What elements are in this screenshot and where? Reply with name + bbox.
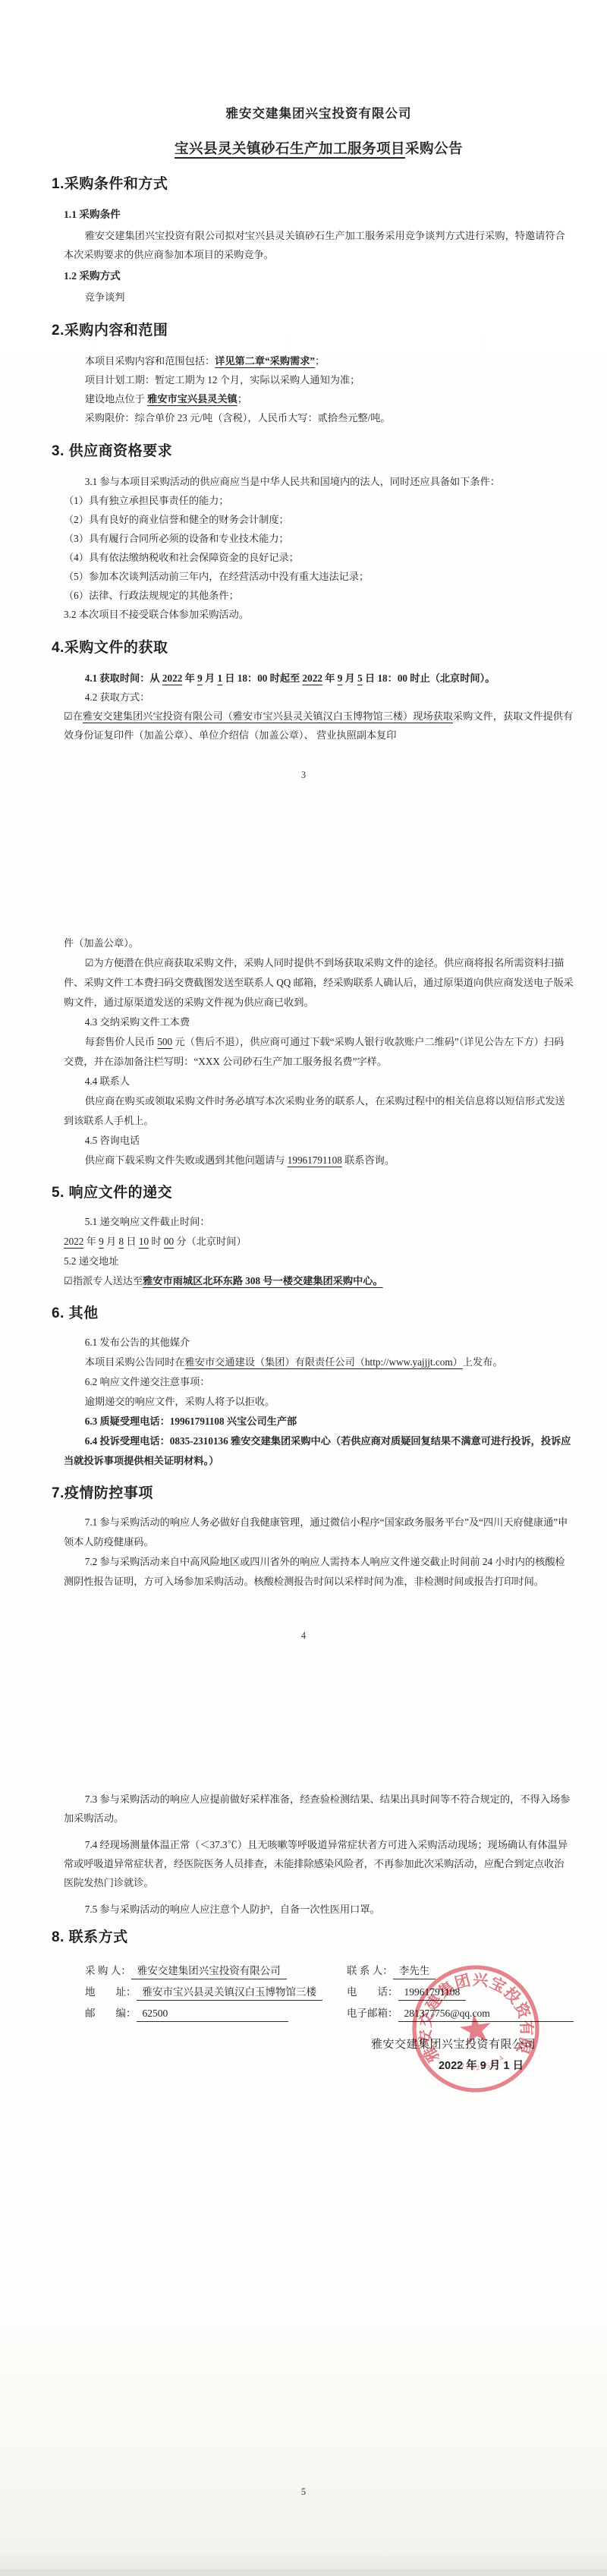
text-run: 7.4 经现场测量体温正常（＜37.3℃）且无咳嗽等呼吸道异常症状者方可进入采购… — [64, 1839, 568, 1888]
paragraph: 6.3 质疑受理电话：19961791108 兴宝公司生产部 — [64, 1412, 574, 1431]
text-run: 详见第二章“采购需求” — [215, 355, 315, 367]
text-run: 5.2 递交地址 — [64, 1255, 119, 1267]
paragraph: 2022 年 9 月 8 日 10 时 00 分（北京时间） — [64, 1232, 574, 1252]
text-run: 建设地点位于 — [85, 393, 147, 405]
text-run: ； — [237, 393, 247, 405]
text-run: 2022 — [64, 1236, 83, 1247]
text-run: 4.1 获取时间：从 — [85, 672, 162, 684]
checked-checkbox-icon: ☑ — [85, 957, 94, 968]
text-run: 6.4 投诉受理电话：0835-2310136 雅安交建集团采购中心（若供应商对… — [64, 1435, 571, 1466]
text-run: 8. 联系方式 — [52, 1929, 128, 1945]
paragraph: 6.4 投诉受理电话：0835-2310136 雅安交建集团采购中心（若供应商对… — [64, 1431, 574, 1471]
text-run: 3.1 参与本项目采购活动的供应商应当是中华人民共和国境内的法人，同时还应具备如… — [85, 476, 500, 487]
paragraph: 供应商在购买或领取采购文件时务必填写本次采购业务的联系人，在采购过程中的相关信息… — [64, 1091, 574, 1131]
text-run: 供应商下载采购文件失败或遇到其他问题请与 — [85, 1154, 288, 1166]
text-run: 在 — [73, 710, 83, 722]
scanned-document: 雅安交建集团兴宝投资有限公司 宝兴县灵关镇砂石生产加工服务项目采购公告 1.采购… — [0, 0, 607, 2576]
text-run: 5 — [357, 672, 363, 684]
paragraph: 5.1 递交响应文件截止时间： — [64, 1212, 574, 1232]
text-run: 7.2 参与采购活动来自中高风险地区或四川省外的响应人需持本人响应文件递交截止时… — [64, 1556, 565, 1587]
text-run: 件（加盖公章）。 — [64, 937, 139, 949]
text-run: 4.2 获取方式： — [85, 691, 150, 703]
text-run: 雅安市交通建设（集团）有限责任公司（http://www.yajjjt.com） — [185, 1356, 463, 1368]
text-run: 9 — [197, 672, 203, 684]
section-heading: 8. 联系方式 — [52, 1926, 574, 1949]
text-run: 7.5 参与采购活动的响应人应注意个人防护，自备一次性医用口罩。 — [85, 1904, 380, 1915]
text-run: 雅安市宝兴县灵关镇 — [147, 393, 237, 405]
paragraph: 7.2 参与采购活动来自中高风险地区或四川省外的响应人需持本人响应文件递交截止时… — [64, 1552, 574, 1592]
paragraph: 7.3 参与采购活动的响应人应提前做好采样准备，经查验检测结果、结果出具时间等不… — [64, 1790, 574, 1828]
email-label: 电子邮箱： — [347, 2005, 398, 2022]
text-run: 年 — [322, 672, 338, 684]
text-run: 7.疫情防控事项 — [52, 1485, 153, 1501]
text-run: 2.采购内容和范围 — [52, 323, 168, 339]
section-heading: 4.采购文件的获取 — [52, 637, 574, 660]
address-value: 雅安市宝兴县灵关镇汉白玉博物馆三楼 — [137, 1984, 323, 2001]
page-3-body: 7.3 参与采购活动的响应人应提前做好采样准备，经查验检测结果、结果出具时间等不… — [64, 1790, 574, 1949]
text-run: 雅安市雨城区北环东路 308 号一楼交建集团采购中心。 — [143, 1275, 383, 1286]
text-run: 500 — [157, 1036, 172, 1047]
paragraph: 6.1 发布公告的其他媒介 — [64, 1333, 574, 1353]
paragraph: 7.1 参与采购活动的响应人务必做好自我健康管理，通过微信小程序“国家政务服务平… — [64, 1513, 574, 1552]
paragraph: 5.2 递交地址 — [64, 1252, 574, 1271]
text-run: 月 — [203, 672, 218, 684]
text-run: 日 18：00 时起至 — [222, 672, 303, 684]
text-run: 1.采购条件和方式 — [52, 176, 168, 192]
paragraph: 件（加盖公章）。 — [64, 934, 574, 953]
text-run: 4.3 交纳采购文件工本费 — [85, 1016, 190, 1028]
text-run: 4.采购文件的获取 — [52, 640, 168, 656]
text-run: 月 — [104, 1236, 119, 1247]
text-run: 3.2 本次项目不接受联合体参加采购活动。 — [64, 609, 249, 620]
document-page-2: 件（加盖公章）。☑为方便潜在供应商获取采购文件，采购人同时提供不到场获取采购文件… — [0, 924, 607, 1778]
paragraph: （3）具有履行合同所必须的设备和专业技术能力； — [64, 529, 574, 548]
page-2-body: 件（加盖公章）。☑为方便潜在供应商获取采购文件，采购人同时提供不到场获取采购文件… — [64, 934, 574, 1592]
section-heading: 2.采购内容和范围 — [52, 320, 574, 342]
text-run: ； — [315, 355, 325, 367]
paragraph: 4.2 获取方式： — [64, 688, 574, 707]
purchaser-value: 雅安交建集团兴宝投资有限公司 — [131, 1963, 287, 1979]
paragraph: 4.3 交纳采购文件工本费 — [64, 1012, 574, 1032]
announcement-title-suffix: 采购公告 — [405, 142, 463, 157]
paragraph: （5）参加本次谈判活动前三年内，在经营活动中没有重大违法记录； — [64, 567, 574, 586]
text-run: 4.4 联系人 — [85, 1075, 130, 1087]
sub-heading: 1.1 采购条件 — [64, 205, 574, 224]
section-heading: 5. 响应文件的递交 — [52, 1183, 574, 1203]
text-run: 1.1 采购条件 — [64, 209, 121, 220]
paragraph: 3.1 参与本项目采购活动的供应商应当是中华人民共和国境内的法人，同时还应具备如… — [64, 472, 574, 491]
project-name: 宝兴县灵关镇砂石生产加工服务项目 — [175, 142, 405, 157]
text-run: 本项目采购公告同时在 — [85, 1356, 185, 1368]
section-heading: 1.采购条件和方式 — [52, 173, 574, 196]
paragraph: 采购限价：综合单价 23 元/吨（含税），人民币大写：贰拾叁元整/吨。 — [64, 408, 574, 427]
text-run: 5. 响应文件的递交 — [52, 1185, 172, 1201]
text-run: 供应商在购买或领取采购文件时务必填写本次采购业务的联系人，在采购过程中的相关信息… — [64, 1095, 565, 1126]
text-run: （2）具有良好的商业信誉和健全的财务会计制度； — [64, 514, 289, 525]
text-run: 7.1 参与采购活动的响应人务必做好自我健康管理，通过微信小程序“国家政务服务平… — [64, 1516, 568, 1548]
text-run: 日 — [124, 1236, 139, 1247]
text-run: 上发布。 — [463, 1356, 503, 1368]
text-run: 年 — [182, 672, 197, 684]
paragraph: 7.5 参与采购活动的响应人应注意个人防护，自备一次性医用口罩。 — [64, 1900, 574, 1919]
paragraph: 项目计划工期：暂定工期为 12 个月，实际以采购人通知为准； — [64, 370, 574, 389]
page-1-body: 1.采购条件和方式1.1 采购条件雅安交建集团兴宝投资有限公司拟对宝兴县灵关镇砂… — [64, 173, 574, 745]
address-label: 地 址： — [85, 1984, 137, 2001]
star-icon: ★ — [454, 2004, 497, 2055]
text-run: 采购限价：综合单价 23 元/吨（含税），人民币大写：贰拾叁元整/吨。 — [85, 412, 391, 424]
paragraph: 本项目采购内容和范围包括：详见第二章“采购需求”； — [64, 351, 574, 370]
section-heading: 7.疫情防控事项 — [52, 1484, 574, 1504]
paragraph: 逾期递交的响应文件，采购人将予以拒收。 — [64, 1392, 574, 1412]
text-run: 指派专人送达至 — [73, 1275, 143, 1286]
text-run: 19961791108 — [288, 1154, 342, 1166]
text-run: 分（北京时间） — [174, 1236, 247, 1247]
paragraph: （1）具有独立承担民事责任的能力； — [64, 491, 574, 510]
document-page-3: 7.3 参与采购活动的响应人应提前做好采样准备，经查验检测结果、结果出具时间等不… — [0, 1770, 607, 2576]
announcement-title: 宝兴县灵关镇砂石生产加工服务项目采购公告 — [64, 139, 574, 160]
text-run: 6.3 质疑受理电话：19961791108 兴宝公司生产部 — [85, 1416, 297, 1427]
paragraph: 4.4 联系人 — [64, 1072, 574, 1091]
text-run: 项目计划工期：暂定工期为 12 个月，实际以采购人通知为准； — [85, 374, 360, 386]
paragraph: （2）具有良好的商业信誉和健全的财务会计制度； — [64, 510, 574, 529]
text-run: 10 — [139, 1236, 149, 1247]
zip-value: 62500 — [137, 2005, 288, 2022]
paragraph: ☑为方便潜在供应商获取采购文件，采购人同时提供不到场获取采购文件的途径。供应商将… — [64, 953, 574, 1012]
text-run: 2022 — [303, 672, 322, 684]
text-run: 1.2 采购方式 — [64, 270, 121, 282]
paragraph: 雅安交建集团兴宝投资有限公司拟对宝兴县灵关镇砂石生产加工服务采用竞争谈判方式进行… — [64, 226, 574, 264]
paragraph: ☑指派专人送达至雅安市雨城区北环东路 308 号一楼交建集团采购中心。 — [64, 1271, 574, 1291]
scan-bottom-edge — [0, 2568, 607, 2576]
paragraph: 6.2 响应文件递交注意事项： — [64, 1372, 574, 1392]
text-run: 竞争谈判 — [85, 291, 125, 303]
text-run: 时 — [149, 1236, 164, 1247]
text-run: 雅安交建集团兴宝投资有限公司（雅安市宝兴县灵关镇汉白玉博物馆三楼）现场获取 — [83, 710, 453, 722]
paragraph: 竞争谈判 — [64, 288, 574, 307]
sub-heading: 1.2 采购方式 — [64, 266, 574, 285]
text-run: 为方便潜在供应商获取采购文件，采购人同时提供不到场获取采购文件的途径。供应商将报… — [64, 957, 574, 1008]
text-run: 联系咨询。 — [342, 1154, 395, 1166]
paragraph: 建设地点位于 雅安市宝兴县灵关镇； — [64, 389, 574, 408]
contact-person-label: 联 系 人： — [347, 1963, 393, 1979]
paragraph: 本项目采购公告同时在雅安市交通建设（集团）有限责任公司（http://www.y… — [64, 1353, 574, 1372]
section-heading: 3. 供应商资格要求 — [52, 440, 574, 463]
document-page-1: 雅安交建集团兴宝投资有限公司 宝兴县灵关镇砂石生产加工服务项目采购公告 1.采购… — [0, 0, 607, 783]
page-number-4: 4 — [0, 1630, 607, 1642]
paragraph: 每套售价人民币 500 元（售后不退），供应商可通过下载“采购人银行收款账户二维… — [64, 1032, 574, 1072]
text-run: 本项目采购内容和范围包括： — [85, 355, 215, 367]
text-run: 9 — [99, 1236, 104, 1247]
paragraph: 3.2 本次项目不接受联合体参加采购活动。 — [64, 605, 574, 624]
text-run: 00 — [164, 1236, 174, 1247]
text-run: 日 18：00 时止（北京时间）。 — [363, 672, 495, 684]
text-run: 雅安交建集团兴宝投资有限公司拟对宝兴县灵关镇砂石生产加工服务采用竞争谈判方式进行… — [64, 230, 565, 260]
page-number-5: 5 — [0, 2486, 607, 2498]
purchaser-label: 采 购 人： — [85, 1963, 131, 1979]
company-seal-stamp: ★ 雅安交建集团兴宝投资有限公司 5118275014388 — [399, 1952, 552, 2105]
checked-checkbox-icon: ☑ — [64, 710, 73, 722]
paragraph: （6）法律、行政法规规定的其他条件； — [64, 586, 574, 605]
text-run: 6. 其他 — [52, 1305, 99, 1321]
text-run: （6）法律、行政法规规定的其他条件； — [64, 590, 239, 601]
text-run: （3）具有履行合同所必须的设备和专业技术能力； — [64, 533, 289, 544]
page-number-3: 3 — [0, 770, 607, 781]
paragraph: （4）具有依法缴纳税收和社会保障资金的良好记录； — [64, 548, 574, 567]
text-run: （5）参加本次谈判活动前三年内，在经营活动中没有重大违法记录； — [64, 571, 369, 582]
text-run: 6.2 响应文件递交注意事项： — [85, 1376, 210, 1387]
section-heading: 6. 其他 — [52, 1304, 574, 1324]
text-run: 逾期递交的响应文件，采购人将予以拒收。 — [85, 1396, 275, 1407]
text-run: 7.3 参与采购活动的响应人应提前做好采样准备，经查验检测结果、结果出具时间等不… — [64, 1793, 570, 1824]
text-run: 年 — [83, 1236, 99, 1247]
paragraph: 4.1 获取时间：从 2022 年 9 月 1 日 18：00 时起至 2022… — [64, 669, 574, 688]
text-run: 月 — [342, 672, 357, 684]
text-run: 2022 — [162, 672, 182, 684]
paragraph: 供应商下载采购文件失败或遇到其他问题请与 19961791108 联系咨询。 — [64, 1151, 574, 1170]
text-run: 5.1 递交响应文件截止时间： — [85, 1216, 210, 1227]
paragraph: ☑在雅安交建集团兴宝投资有限公司（雅安市宝兴县灵关镇汉白玉博物馆三楼）现场获取采… — [64, 707, 574, 745]
text-run: 每套售价人民币 — [85, 1036, 158, 1047]
checked-checkbox-icon: ☑ — [64, 1275, 73, 1286]
text-run: 4.5 咨询电话 — [85, 1135, 140, 1146]
text-run: （4）具有依法缴纳税收和社会保障资金的良好记录； — [64, 552, 299, 563]
phone-label: 电 话： — [347, 1984, 398, 2001]
paragraph: 7.4 经现场测量体温正常（＜37.3℃）且无咳嗽等呼吸道异常症状者方可进入采购… — [64, 1835, 574, 1892]
text-run: 6.1 发布公告的其他媒介 — [85, 1337, 190, 1348]
text-run: 3. 供应商资格要求 — [52, 443, 172, 459]
paragraph: 4.5 咨询电话 — [64, 1131, 574, 1151]
zip-label: 邮 编： — [85, 2005, 137, 2022]
company-title: 雅安交建集团兴宝投资有限公司 — [64, 105, 574, 123]
text-run: （1）具有独立承担民事责任的能力； — [64, 495, 229, 506]
